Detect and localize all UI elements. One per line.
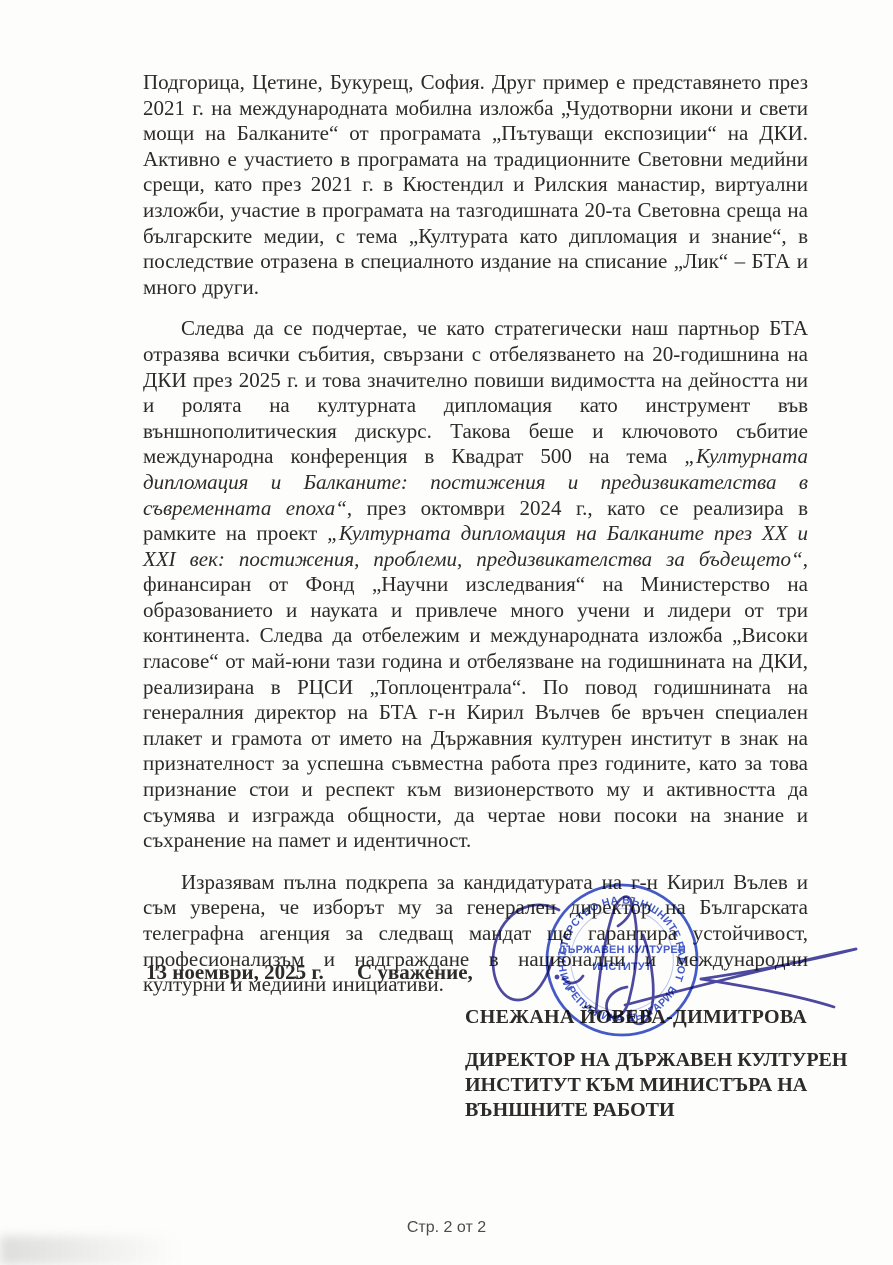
handwritten-signature — [478, 866, 870, 1042]
signatory-title-line-1: ДИРЕКТОР НА ДЪРЖАВЕН КУЛТУРЕН — [465, 1048, 847, 1073]
signatory-title-line-2: ИНСТИТУТ КЪМ МИНИСТЪРА НА — [465, 1073, 847, 1098]
signature-tall-stroke-1 — [596, 897, 632, 1012]
signature-tick-stroke — [563, 976, 583, 983]
signatory-title: ДИРЕКТОР НА ДЪРЖАВЕН КУЛТУРЕН ИНСТИТУТ К… — [465, 1048, 847, 1122]
scan-artifact-smudge — [0, 1236, 180, 1265]
signatory-title-line-3: ВЪНШНИТЕ РАБОТИ — [465, 1098, 847, 1123]
scanned-letter-page: Подгорица, Цетине, Букурещ, София. Друг … — [0, 0, 893, 1265]
date-text: 13 ноември, 2025 г. — [146, 960, 324, 985]
closing-salutation: С уважение, — [357, 960, 473, 985]
signature-ink-dot — [555, 975, 560, 980]
signoff-block: 13 ноември, 2025 г. С уважение, СНЕЖАНА … — [0, 0, 893, 1265]
signature-flourish-lower — [701, 979, 834, 1007]
page-number-footer: Стр. 2 от 2 — [0, 1219, 893, 1237]
signature-flourish-return — [701, 949, 856, 979]
signature-loop-stroke — [493, 905, 559, 1000]
